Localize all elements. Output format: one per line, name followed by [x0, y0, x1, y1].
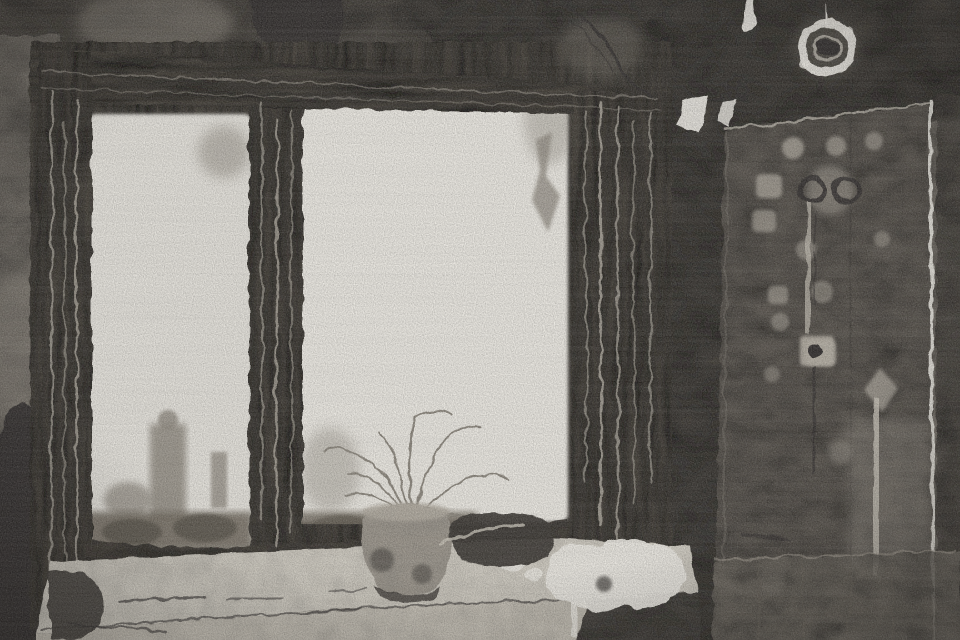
- photo-canvas: [0, 0, 960, 640]
- vignette: [0, 0, 960, 640]
- photo-burnt-room: [0, 0, 960, 640]
